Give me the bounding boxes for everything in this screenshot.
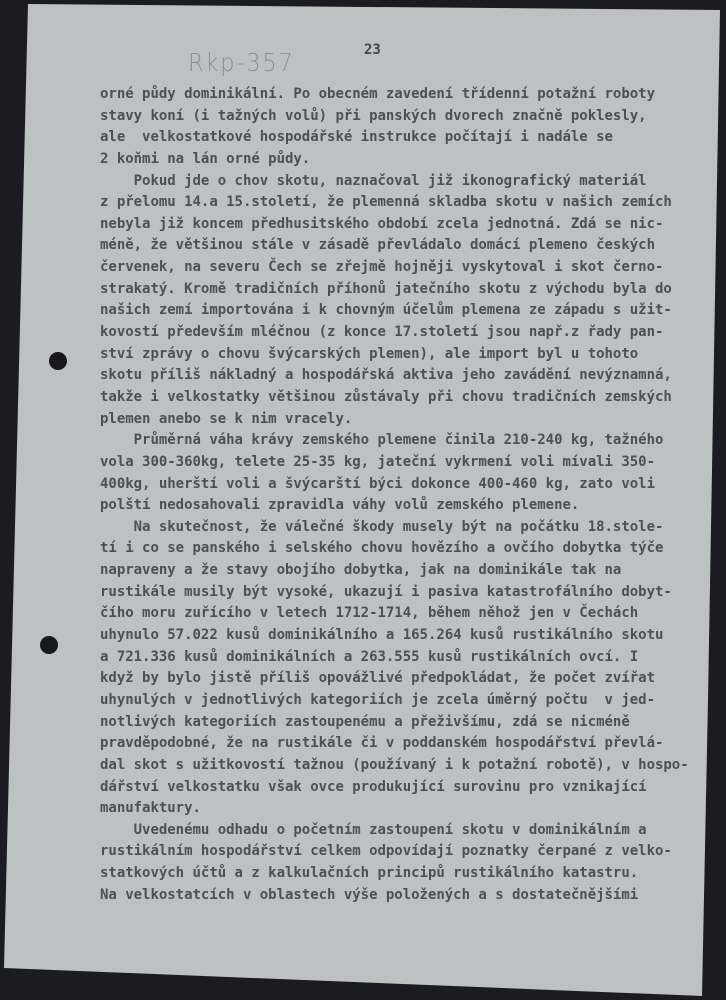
text-line: červenek, na severu Čech se zřejmě hojně… [100,257,720,279]
text-line: a 721.336 kusů dominikálních a 263.555 k… [100,647,720,669]
text-line: manufaktury. [100,798,720,820]
text-line: tí i co se panského i selského chovu hov… [100,538,720,560]
text-line: statkových účtů a z kalkulačních princip… [100,863,720,885]
text-line: Průměrná váha krávy zemského plemene čin… [100,430,720,452]
text-line: uhynulých v jednotlivých kategoriích je … [100,690,720,712]
typewritten-body-text: orné půdy dominikální. Po obecném zavede… [100,84,720,906]
text-line: ale velkostatkové hospodářské instrukce … [100,127,720,149]
text-line: strakatý. Kromě tradičních příhonů jateč… [100,279,720,301]
text-line: napraveny a že stavy obojího dobytka, ja… [100,560,720,582]
punch-hole [49,352,67,370]
text-line: notlivých kategoriích zastoupenému a pře… [100,712,720,734]
text-line: takže i velkostatky většinou zůstávaly p… [100,387,720,409]
text-line: vola 300-360kg, telete 25-35 kg, jateční… [100,452,720,474]
text-line: rustikálním hospodářství celkem odpovída… [100,841,720,863]
page-number: 23 [364,42,381,58]
text-line: Pokud jde o chov skotu, naznačoval již i… [100,171,720,193]
handwritten-shelfmark: Rkp-357 [188,48,295,77]
text-line: našich zemí importována i k chovným účel… [100,300,720,322]
text-line: pravděpodobné, že na rustikále či v podd… [100,733,720,755]
text-line: Na velkostatcích v oblastech výše polože… [100,885,720,907]
punch-hole [40,636,58,654]
text-line: plemen anebo se k nim vracely. [100,409,720,431]
text-line: méně, že většinou stále v zásadě převlád… [100,235,720,257]
text-line: nebyla již koncem předhusitského období … [100,214,720,236]
text-line: dářství velkostatku však ovce produkujíc… [100,777,720,799]
text-line: skotu příliš nákladný a hospodářská akti… [100,365,720,387]
text-line: dal skot s užitkovostí tažnou (používaný… [100,755,720,777]
document-page: Rkp-357 23 orné půdy dominikální. Po obe… [0,0,726,1000]
text-line: Uvedenému odhadu o početním zastoupení s… [100,820,720,842]
text-line: 400kg, uherští voli a švýcarští býci dok… [100,474,720,496]
text-line: ství zprávy o chovu švýcarských plemen),… [100,344,720,366]
text-line: uhynulo 57.022 kusů dominikálního a 165.… [100,625,720,647]
text-line: rustikále musily být vysoké, ukazují i p… [100,582,720,604]
text-line: stavy koní (i tažných volů) při panských… [100,106,720,128]
text-line: když by bylo jistě příliš opovážlivé pře… [100,668,720,690]
text-line: z přelomu 14.a 15.století, že plemenná s… [100,192,720,214]
text-line: čího moru zuřícího v letech 1712-1714, b… [100,603,720,625]
text-line: Na skutečnost, že válečné škody musely b… [100,517,720,539]
text-line: orné půdy dominikální. Po obecném zavede… [100,84,720,106]
text-line: kovostí především mléčnou (z konce 17.st… [100,322,720,344]
text-line: polští nedosahovali zpravidla váhy volů … [100,495,720,517]
text-line: 2 koňmi na lán orné půdy. [100,149,720,171]
